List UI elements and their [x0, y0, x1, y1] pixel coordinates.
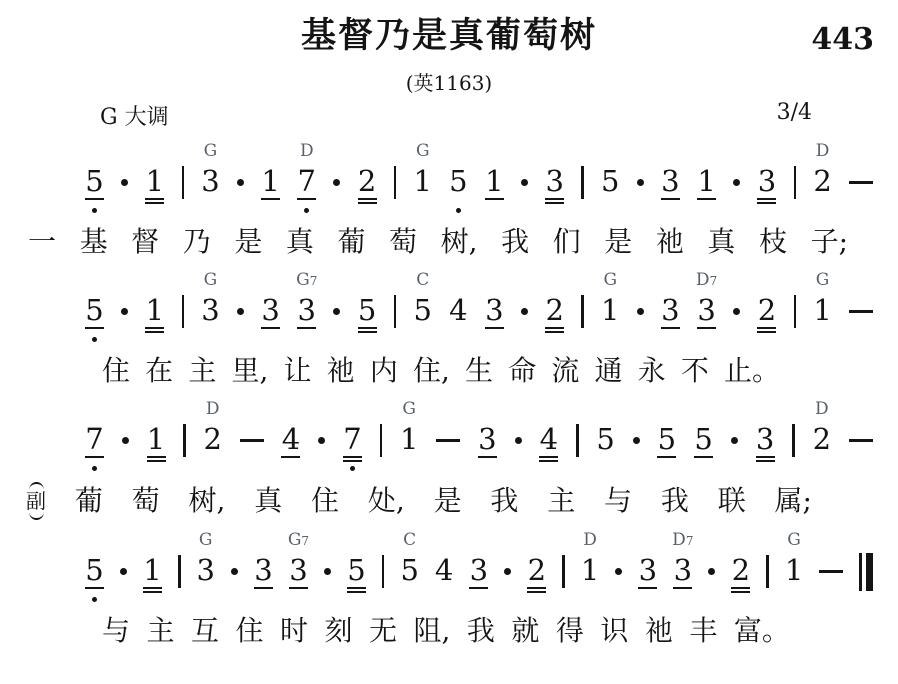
underline-area — [485, 325, 504, 335]
hymn-source-reference: (英1163) — [0, 67, 898, 96]
low-octave-dot — [456, 208, 461, 213]
duration-underline — [297, 198, 316, 200]
lyric-syllable: 枝 — [759, 224, 787, 260]
rhythm-dot — [708, 568, 715, 575]
lyric-syllable: 通 — [595, 353, 623, 389]
time-signature: 3/4 — [777, 100, 812, 131]
lyric-syllable: 我 — [661, 483, 689, 519]
lyric-syllable: 树, — [188, 483, 225, 519]
note: G1 — [785, 555, 803, 604]
note: 5 — [449, 166, 467, 215]
refrain-mark: 副 — [26, 482, 46, 520]
barline — [382, 555, 385, 588]
note-digit: 5 — [85, 166, 103, 196]
duration-underline — [485, 327, 504, 329]
barline — [794, 295, 797, 328]
note-digit: 3 — [674, 555, 692, 585]
duration-underline — [756, 460, 775, 462]
note-digit: 3 — [758, 166, 776, 196]
underline-area — [694, 454, 713, 464]
music-section: 51G31D72G15135313D2一基督乃是真葡萄树,我们是祂真枝子;51G… — [0, 139, 898, 649]
underline-area — [281, 454, 300, 464]
note: G73 — [297, 295, 316, 344]
lyrics-row: 住在主里,让祂内住,生命流通永不止。 — [102, 353, 780, 389]
note-digit: 1 — [143, 555, 161, 585]
music-line: 51G33G735C5432G13D732G1住在主里,让祂内住,生命流通永不止… — [0, 268, 898, 389]
note: 3 — [469, 555, 488, 604]
octave-dot-area — [92, 206, 97, 215]
lyric-syllable: 让 — [284, 353, 312, 389]
rhythm-dot — [231, 568, 238, 575]
rhythm-dot — [731, 437, 738, 444]
barline — [178, 555, 181, 588]
lyric-syllable: 永 — [638, 353, 666, 389]
note: 7 — [85, 424, 104, 473]
note-digit: 2 — [204, 424, 222, 454]
lyrics-row: 与主互住时刻无阻,我就得识祂丰富。 — [102, 613, 790, 649]
underline-area — [347, 585, 366, 595]
rhythm-dot — [324, 568, 331, 575]
note: 3 — [756, 424, 775, 473]
underline-area — [661, 196, 680, 206]
note-digit: 3 — [201, 166, 219, 196]
note: 1 — [485, 166, 504, 215]
underline-area — [145, 325, 164, 335]
duration-underline — [485, 198, 504, 200]
underline-area — [673, 585, 692, 595]
lyric-syllable: 富。 — [734, 613, 790, 649]
notation-row: 51G31D72G15135313D2 — [85, 139, 873, 215]
barline — [576, 424, 579, 457]
lyric-syllable: 住 — [236, 613, 264, 649]
lyric-syllable: 与 — [604, 483, 632, 519]
lyric-syllable: 我 — [490, 483, 518, 519]
duration-underline — [145, 331, 164, 333]
underline-area — [469, 585, 488, 595]
lyric-syllable: 主 — [547, 483, 575, 519]
chord-label: D — [300, 143, 314, 160]
note-digit: 2 — [528, 555, 546, 585]
underline-area — [289, 585, 308, 595]
rhythm-dot — [120, 568, 127, 575]
chord-label: D7 — [696, 272, 717, 290]
octave-dot-area — [92, 335, 97, 344]
lyric-syllable: 是 — [604, 224, 632, 260]
lyric-syllable: 阻, — [414, 613, 451, 649]
note-digit: 4 — [449, 295, 467, 325]
duration-underline — [343, 460, 362, 462]
note: D2 — [204, 424, 222, 473]
note: G1 — [400, 424, 418, 473]
chord-label: G — [204, 272, 218, 289]
lyric-syllable: 无 — [369, 613, 397, 649]
note-digit: 1 — [581, 555, 599, 585]
notation-row: 51G33G735C5432G13D732G1 — [85, 268, 873, 344]
note-digit: 2 — [545, 295, 563, 325]
low-octave-dot — [350, 466, 355, 471]
note-digit: 3 — [254, 555, 272, 585]
lyric-syllable: 树, — [441, 224, 478, 260]
refrain-label: 副 — [26, 490, 46, 512]
note: 5 — [694, 424, 713, 473]
duration-underline — [85, 198, 104, 200]
note-digit: 3 — [697, 295, 715, 325]
barline — [183, 424, 186, 457]
duration-underline — [661, 327, 680, 329]
underline-area — [358, 325, 377, 335]
lyric-syllable: 我 — [501, 224, 529, 260]
note-digit: 5 — [358, 295, 376, 325]
note-extension-dash — [849, 310, 873, 313]
note: 4 — [449, 295, 467, 344]
lyric-syllable: 主 — [188, 353, 216, 389]
rhythm-dot — [237, 179, 244, 186]
lyric-syllable: 我 — [467, 613, 495, 649]
note-digit: 7 — [343, 424, 361, 454]
note: G73 — [289, 555, 308, 604]
note-digit: 1 — [146, 295, 164, 325]
note: 3 — [661, 166, 680, 215]
note-digit: 5 — [694, 424, 712, 454]
duration-underline — [527, 591, 546, 593]
chord-extension: 7 — [301, 534, 309, 548]
final-barline-thick — [866, 553, 873, 591]
chord-extension: 7 — [686, 534, 694, 548]
duration-underline — [757, 331, 776, 333]
lyric-syllable: 乃 — [183, 224, 211, 260]
chord-label: C — [416, 272, 429, 289]
lyric-syllable: 祂 — [645, 613, 673, 649]
note-digit: 1 — [147, 424, 165, 454]
note: 2 — [527, 555, 546, 604]
meta-row: G 大调 3/4 — [100, 100, 812, 131]
chord-label: G — [204, 143, 218, 160]
duration-underline — [358, 327, 377, 329]
lyric-syllable: 是 — [434, 483, 462, 519]
duration-underline — [147, 456, 166, 458]
duration-underline — [147, 460, 166, 462]
note: 2 — [757, 295, 776, 344]
underline-area — [145, 196, 164, 206]
lyric-syllable: 真 — [254, 483, 282, 519]
note-digit: 5 — [596, 424, 614, 454]
note: 3 — [661, 295, 680, 344]
duration-underline — [757, 327, 776, 329]
note-extension-dash — [240, 439, 264, 442]
note-digit: 3 — [261, 295, 279, 325]
underline-area — [661, 325, 680, 335]
duration-underline — [757, 202, 776, 204]
lyric-syllable: 真 — [707, 224, 735, 260]
underline-area — [757, 325, 776, 335]
barline — [394, 166, 397, 199]
duration-underline — [539, 456, 558, 458]
duration-underline — [297, 327, 316, 329]
music-line: 71D247G1345553D2副葡萄树,真住处,是我主与我联属; — [0, 397, 898, 520]
note-digit: 3 — [485, 295, 503, 325]
note: G3 — [197, 555, 215, 604]
duration-underline — [661, 198, 680, 200]
rhythm-dot — [637, 179, 644, 186]
note-digit: 3 — [478, 424, 496, 454]
underline-area — [657, 454, 676, 464]
rhythm-dot — [237, 308, 244, 315]
rhythm-dot — [318, 437, 325, 444]
underline-area — [85, 196, 104, 206]
note-digit: 1 — [146, 166, 164, 196]
underline-area — [85, 454, 104, 464]
note-digit: 4 — [540, 424, 558, 454]
lyric-syllable: 住, — [413, 353, 450, 389]
note: 1 — [697, 166, 716, 215]
duration-underline — [731, 587, 750, 589]
note-digit: 3 — [197, 555, 215, 585]
lyric-syllable: 萄 — [132, 483, 160, 519]
duration-underline — [143, 591, 162, 593]
lyric-syllable: 子; — [811, 224, 848, 260]
notation-row: 51G33G735C5432D13D732G1 — [85, 528, 873, 604]
duration-underline — [545, 198, 564, 200]
barline — [792, 424, 795, 457]
chord-label: D — [206, 401, 220, 418]
note: G3 — [201, 295, 219, 344]
note-digit: 1 — [261, 166, 279, 196]
page-title: 基督乃是真葡萄树 — [0, 14, 898, 58]
final-barline-thin — [859, 553, 862, 591]
duration-underline — [261, 198, 280, 200]
note-digit: 5 — [601, 166, 619, 196]
underline-area — [343, 454, 362, 464]
rhythm-dot — [733, 179, 740, 186]
note: 1 — [261, 166, 280, 215]
note-digit: 4 — [282, 424, 300, 454]
duration-underline — [697, 327, 716, 329]
underline-area — [147, 454, 166, 464]
note-extension-dash — [819, 570, 843, 573]
note: 3 — [261, 295, 280, 344]
lyric-syllable: 真 — [286, 224, 314, 260]
note: 3 — [485, 295, 504, 344]
underline-area — [638, 585, 657, 595]
low-octave-dot — [92, 337, 97, 342]
lyric-syllable: 时 — [280, 613, 308, 649]
underline-area — [756, 454, 775, 464]
lyric-syllable: 刻 — [325, 613, 353, 649]
underline-area — [85, 585, 104, 595]
low-octave-dot — [92, 597, 97, 602]
underline-area — [297, 325, 316, 335]
lyric-syllable: 生 — [465, 353, 493, 389]
note-digit: 3 — [756, 424, 774, 454]
key-signature: G 大调 — [100, 100, 169, 131]
lyric-syllable: 葡 — [75, 483, 103, 519]
low-octave-dot — [304, 208, 309, 213]
octave-dot-area — [456, 206, 461, 215]
duration-underline — [358, 198, 377, 200]
verse-number: 一 — [28, 224, 56, 260]
note-digit: 1 — [601, 295, 619, 325]
barline — [581, 295, 584, 328]
underline-area — [478, 454, 497, 464]
chord-label: D — [816, 143, 830, 160]
note: D2 — [813, 166, 831, 215]
note: 2 — [358, 166, 377, 215]
note: 3 — [478, 424, 497, 473]
underline-area — [757, 196, 776, 206]
duration-underline — [85, 456, 104, 458]
duration-underline — [673, 587, 692, 589]
chord-label: G — [416, 143, 430, 160]
duration-underline — [358, 202, 377, 204]
note-digit: 5 — [449, 166, 467, 196]
note: 5 — [85, 555, 104, 604]
duration-underline — [539, 460, 558, 462]
chord-label: G — [402, 401, 416, 418]
lyric-syllable: 流 — [551, 353, 579, 389]
octave-dot-area — [350, 464, 355, 473]
note: 1 — [145, 166, 164, 215]
duration-underline — [527, 587, 546, 589]
lyric-syllable: 里, — [231, 353, 268, 389]
note-digit: 1 — [697, 166, 715, 196]
note-digit: 7 — [298, 166, 316, 196]
refrain-bracket-bottom — [29, 512, 44, 520]
chord-extension: 7 — [710, 274, 718, 288]
duration-underline — [347, 587, 366, 589]
underline-area — [254, 585, 273, 595]
note-digit: 3 — [298, 295, 316, 325]
note-digit: 3 — [661, 295, 679, 325]
note: 1 — [147, 424, 166, 473]
duration-underline — [145, 202, 164, 204]
duration-underline — [469, 587, 488, 589]
rhythm-dot — [521, 179, 528, 186]
note-digit: 5 — [400, 555, 418, 585]
notation-row: 71D247G1345553D2 — [85, 397, 873, 473]
chord-extension: 7 — [310, 274, 318, 288]
duration-underline — [694, 456, 713, 458]
duration-underline — [478, 456, 497, 458]
lyrics-row: 副葡萄树,真住处,是我主与我联属; — [26, 482, 812, 520]
duration-underline — [657, 456, 676, 458]
note-digit: 2 — [358, 166, 376, 196]
underline-area — [545, 196, 564, 206]
underline-area — [545, 325, 564, 335]
duration-underline — [281, 456, 300, 458]
note: D73 — [673, 555, 692, 604]
rhythm-dot — [121, 308, 128, 315]
note: D7 — [297, 166, 316, 215]
note: D73 — [697, 295, 716, 344]
note: 1 — [143, 555, 162, 604]
note-digit: 5 — [414, 295, 432, 325]
note: 7 — [343, 424, 362, 473]
rhythm-dot — [521, 308, 528, 315]
note: 4 — [435, 555, 453, 604]
underline-area — [143, 585, 162, 595]
barline — [562, 555, 565, 588]
rhythm-dot — [333, 308, 340, 315]
underline-area — [697, 325, 716, 335]
duration-underline — [343, 456, 362, 458]
underline-area — [485, 196, 504, 206]
chord-label: G — [816, 272, 830, 289]
note: G1 — [601, 295, 619, 344]
underline-area — [539, 454, 558, 464]
barline — [380, 424, 383, 457]
underline-area — [697, 196, 716, 206]
duration-underline — [545, 202, 564, 204]
lyric-syllable: 督 — [131, 224, 159, 260]
barline — [182, 295, 185, 328]
lyrics-row: 一基督乃是真葡萄树,我们是祂真枝子; — [28, 224, 848, 260]
note-digit: 3 — [289, 555, 307, 585]
lyric-syllable: 住 — [102, 353, 130, 389]
note: 5 — [85, 166, 104, 215]
note-digit: 1 — [400, 424, 418, 454]
underline-area — [261, 196, 280, 206]
underline-area — [297, 196, 316, 206]
duration-underline — [697, 198, 716, 200]
duration-underline — [545, 327, 564, 329]
note: 4 — [281, 424, 300, 473]
octave-dot-area — [92, 464, 97, 473]
duration-underline — [145, 198, 164, 200]
duration-underline — [731, 591, 750, 593]
underline-area — [358, 196, 377, 206]
lyric-syllable: 处, — [368, 483, 405, 519]
note: 3 — [638, 555, 657, 604]
note: C5 — [414, 295, 432, 344]
note-digit: 2 — [732, 555, 750, 585]
rhythm-dot — [733, 308, 740, 315]
underline-area — [261, 325, 280, 335]
chord-label: G7 — [296, 272, 317, 290]
octave-dot-area — [92, 595, 97, 604]
duration-underline — [545, 331, 564, 333]
note-digit: 1 — [414, 166, 432, 196]
duration-underline — [85, 327, 104, 329]
barline — [394, 295, 397, 328]
octave-dot-area — [304, 206, 309, 215]
lyric-syllable: 葡 — [337, 224, 365, 260]
note-digit: 1 — [485, 166, 503, 196]
note: 3 — [757, 166, 776, 215]
lyric-syllable: 内 — [370, 353, 398, 389]
lyric-syllable: 联 — [718, 483, 746, 519]
low-octave-dot — [92, 466, 97, 471]
lyric-syllable: 就 — [511, 613, 539, 649]
note: D1 — [581, 555, 599, 604]
duration-underline — [289, 587, 308, 589]
chord-label: C — [403, 532, 416, 549]
barline — [581, 166, 584, 199]
note: G1 — [414, 166, 432, 215]
chord-label: G7 — [288, 532, 309, 550]
note-digit: 5 — [658, 424, 676, 454]
note-digit: 2 — [758, 295, 776, 325]
underline-area — [85, 325, 104, 335]
rhythm-dot — [504, 568, 511, 575]
note: 5 — [601, 166, 619, 215]
duration-underline — [347, 591, 366, 593]
note: G1 — [813, 295, 831, 344]
note: 5 — [347, 555, 366, 604]
note-digit: 5 — [85, 555, 103, 585]
duration-underline — [254, 587, 273, 589]
music-line: 51G31D72G15135313D2一基督乃是真葡萄树,我们是祂真枝子; — [0, 139, 898, 260]
note-digit: 3 — [545, 166, 563, 196]
